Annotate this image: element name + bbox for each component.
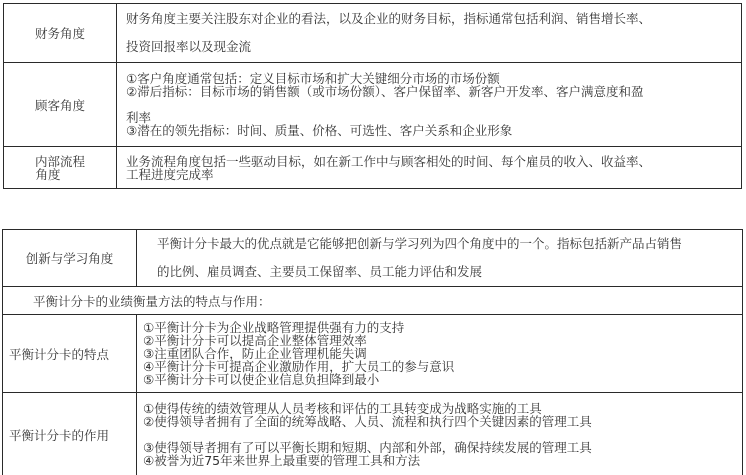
line-gap <box>126 98 741 111</box>
table-row-internal-process: 内部流程 角度 业务流程角度包括一些驱动目标，如在新工作中与顾客相处的时间、每个… <box>4 147 742 189</box>
content-line: 投资回报率以及现金流 <box>126 33 741 61</box>
row-content-internal-process: 业务流程角度包括一些驱动目标，如在新工作中与顾客相处的时间、每个雇员的收入、收益… <box>117 147 742 189</box>
table-row-innovation: 创新与学习角度 平衡计分卡最大的优点就是它能够把创新与学习列为四个角度中的一个。… <box>3 230 743 287</box>
innovation-and-bsc-table: 创新与学习角度 平衡计分卡最大的优点就是它能够把创新与学习列为四个角度中的一个。… <box>2 229 743 475</box>
content-line: 的比例、雇员调查、主要员工保留率、员工能力评估和发展 <box>157 258 742 286</box>
content-line: ④被誉为近75年来世界上最重要的管理工具和方法 <box>143 454 742 467</box>
row-content-customer: ①客户角度通常包括：定义目标市场和扩大关键细分市场的市场份额 ②滞后指标：目标市… <box>117 63 742 147</box>
row-content-innovation: 平衡计分卡最大的优点就是它能够把创新与学习列为四个角度中的一个。指标包括新产品占… <box>137 230 743 287</box>
table-row-features: 平衡计分卡的特点 ①平衡计分卡为企业战略管理提供强有力的支持 ②平衡计分卡可以提… <box>3 315 743 393</box>
label-line: 内部流程 <box>4 155 116 168</box>
row-label-functions: 平衡计分卡的作用 <box>3 393 137 475</box>
content-line: 平衡计分卡最大的优点就是它能够把创新与学习列为四个角度中的一个。指标包括新产品占… <box>157 230 742 258</box>
table-row-customer: 顾客角度 ①客户角度通常包括：定义目标市场和扩大关键细分市场的市场份额 ②滞后指… <box>4 63 742 147</box>
row-content-functions: ①使得传统的绩效管理从人员考核和评估的工具转变成为战略实施的工具 ②使得领导者拥… <box>137 393 743 475</box>
content-line: ②滞后指标：目标市场的销售额（或市场份额）、客户保留率、新客户开发率、客户满意度… <box>126 85 741 98</box>
table-row-section-heading: 平衡计分卡的业绩衡量方法的特点与作用： <box>3 287 743 315</box>
content-line: 业务流程角度包括一些驱动目标，如在新工作中与顾客相处的时间、每个雇员的收入、收益… <box>126 155 741 168</box>
label-line: 角度 <box>4 168 116 181</box>
row-content-features: ①平衡计分卡为企业战略管理提供强有力的支持 ②平衡计分卡可以提高企业整体管理效率… <box>137 315 743 393</box>
row-label-internal-process: 内部流程 角度 <box>4 147 117 189</box>
table-row-functions: 平衡计分卡的作用 ①使得传统的绩效管理从人员考核和评估的工具转变成为战略实施的工… <box>3 393 743 475</box>
table-row-financial: 财务角度 财务角度主要关注股东对企业的看法，以及企业的财务目标，指标通常包括利润… <box>4 4 742 63</box>
row-label-customer: 顾客角度 <box>4 63 117 147</box>
section-heading: 平衡计分卡的业绩衡量方法的特点与作用： <box>3 287 743 315</box>
content-line: ⑤平衡计分卡可以使企业信息负担降到最小 <box>143 373 742 386</box>
row-label-financial: 财务角度 <box>4 4 117 63</box>
row-label-features: 平衡计分卡的特点 <box>3 315 137 393</box>
content-line: 工程进度完成率 <box>126 168 741 181</box>
content-line: ③潜在的领先指标：时间、质量、价格、可选性、客户关系和企业形象 <box>126 124 741 137</box>
content-line: 财务角度主要关注股东对企业的看法，以及企业的财务目标，指标通常包括利润、销售增长… <box>126 5 741 33</box>
row-label-innovation: 创新与学习角度 <box>3 230 137 287</box>
row-content-financial: 财务角度主要关注股东对企业的看法，以及企业的财务目标，指标通常包括利润、销售增长… <box>117 4 742 63</box>
content-line: ②使得领导者拥有了全面的统筹战略、人员、流程和执行四个关键因素的管理工具 <box>143 415 742 428</box>
perspectives-table: 财务角度 财务角度主要关注股东对企业的看法，以及企业的财务目标，指标通常包括利润… <box>3 3 742 189</box>
